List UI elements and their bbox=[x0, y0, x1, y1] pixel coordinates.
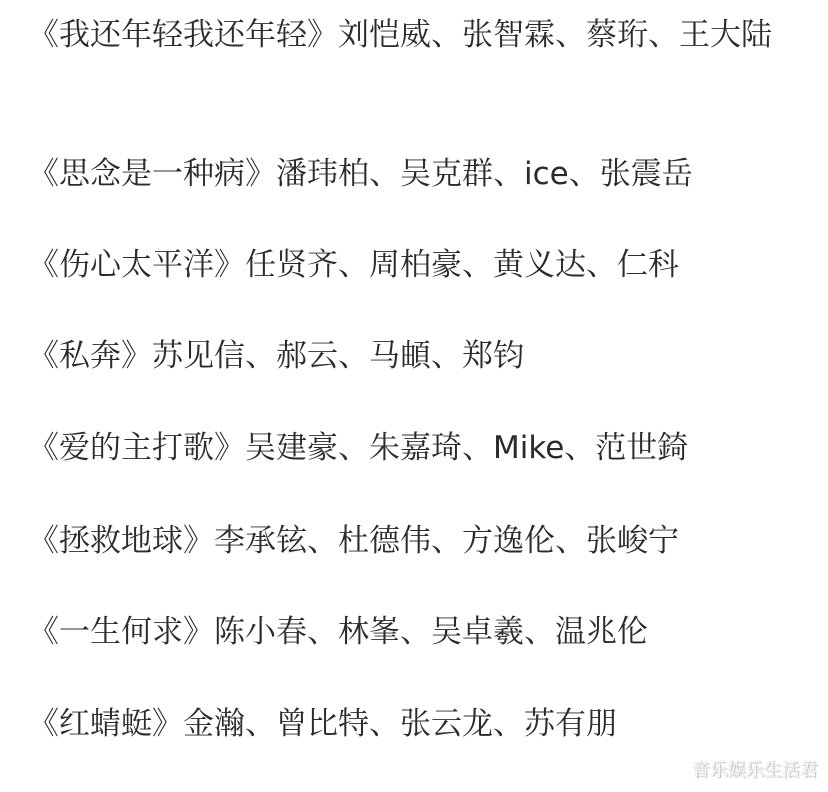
entry-paragraph: 《爱的主打歌》吴建豪、朱嘉琦、Mike、范世錡 bbox=[28, 425, 798, 471]
artist-list: 苏见信、郝云、马頔、郑钧 bbox=[152, 338, 524, 374]
artist-list: 潘玮柏、吴克群、ice、张震岳 bbox=[276, 156, 693, 192]
entry-paragraph: 《拯救地球》李承铉、杜德伟、方逸伦、张峻宁 bbox=[28, 518, 798, 564]
watermark: 音乐娱乐生活君 bbox=[692, 756, 818, 782]
song-title: 《红蜻蜓》 bbox=[28, 706, 183, 742]
artist-list: 金瀚、曾比特、张云龙、苏有朋 bbox=[183, 706, 617, 742]
entry-paragraph: 《一生何求》陈小春、林峯、吴卓羲、温兆伦 bbox=[28, 609, 798, 655]
song-title: 《思念是一种病》 bbox=[28, 156, 276, 192]
song-title: 《私奔》 bbox=[28, 338, 152, 374]
song-title: 《一生何求》 bbox=[28, 614, 214, 650]
artist-list: 陈小春、林峯、吴卓羲、温兆伦 bbox=[214, 614, 648, 650]
artist-list: 吴建豪、朱嘉琦、Mike、范世錡 bbox=[245, 430, 688, 466]
artist-list: 任贤齐、周柏豪、黄义达、仁科 bbox=[245, 247, 679, 283]
entry-paragraph: 《我还年轻我还年轻》刘恺威、张智霖、蔡珩、王大陆 bbox=[28, 12, 798, 58]
entry-paragraph: 《伤心太平洋》任贤齐、周柏豪、黄义达、仁科 bbox=[28, 242, 798, 288]
song-title: 《我还年轻我还年轻》 bbox=[28, 17, 338, 53]
song-title: 《拯救地球》 bbox=[28, 523, 214, 559]
song-title: 《伤心太平洋》 bbox=[28, 247, 245, 283]
entry-paragraph: 《私奔》苏见信、郝云、马頔、郑钧 bbox=[28, 333, 798, 379]
entry-paragraph: 《红蜻蜓》金瀚、曾比特、张云龙、苏有朋 bbox=[28, 701, 798, 747]
entry-paragraph: 《思念是一种病》潘玮柏、吴克群、ice、张震岳 bbox=[28, 151, 798, 197]
artist-list: 李承铉、杜德伟、方逸伦、张峻宁 bbox=[214, 523, 679, 559]
artist-list: 刘恺威、张智霖、蔡珩、王大陆 bbox=[338, 17, 772, 53]
song-title: 《爱的主打歌》 bbox=[28, 430, 245, 466]
